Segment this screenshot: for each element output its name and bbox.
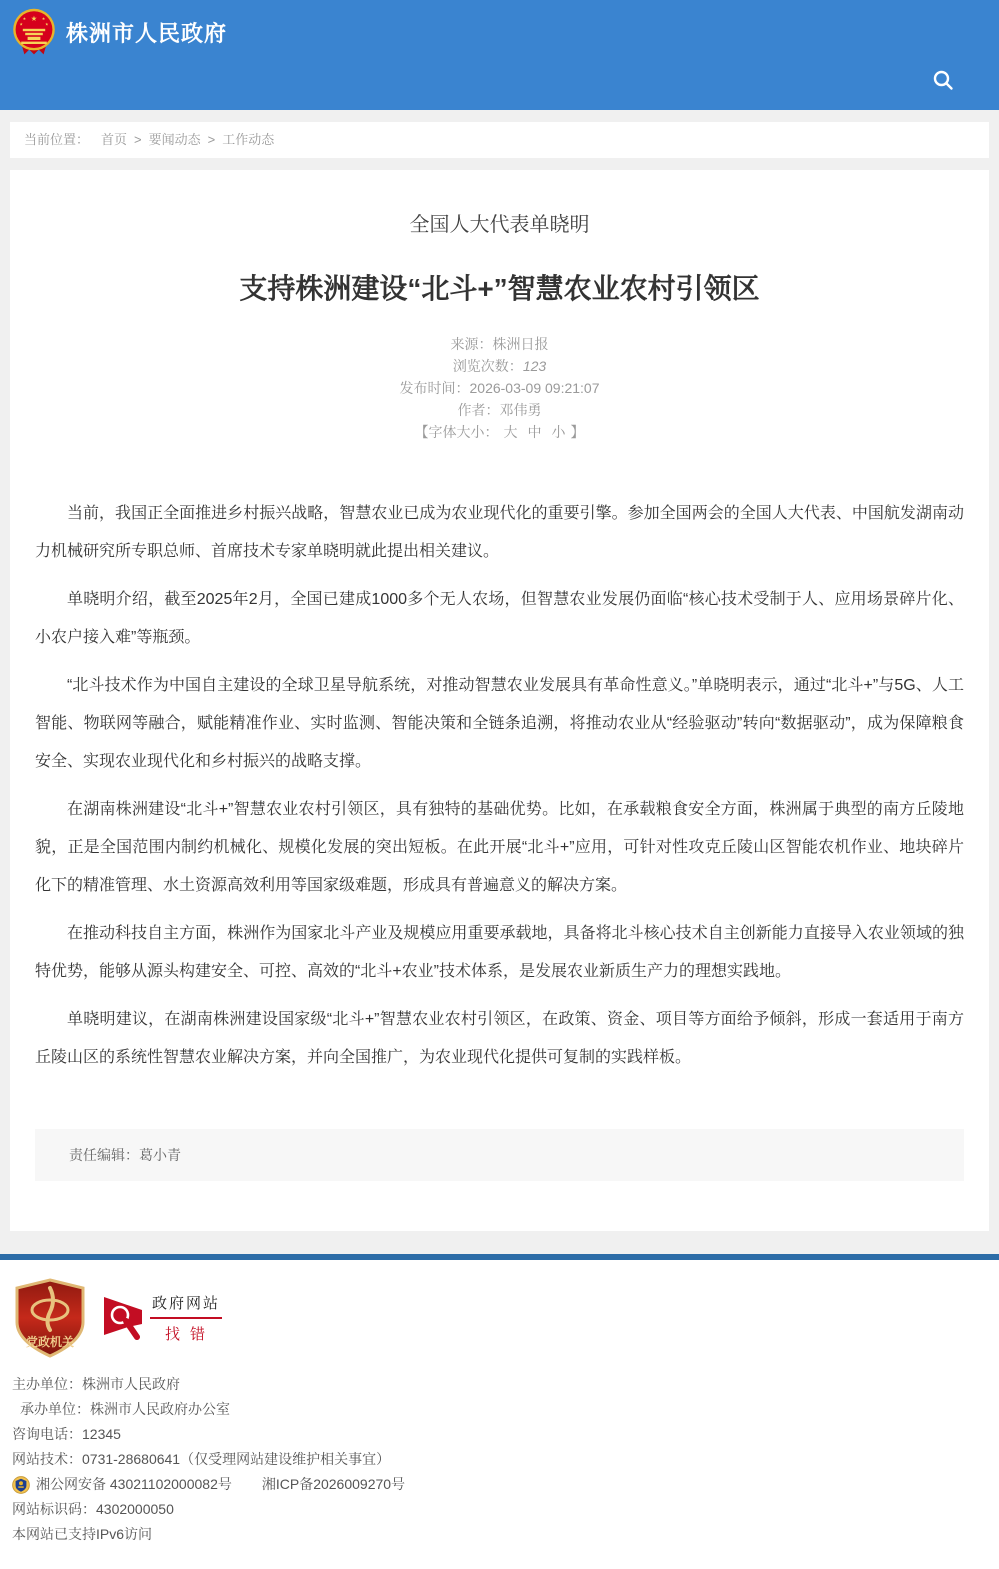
svg-text:★: ★ [31,14,37,23]
meta-author: 作者：邓伟勇 [35,399,964,421]
icp-record-link[interactable]: 湘ICP备2026009270号 [262,1472,405,1497]
fontsize-large-button[interactable]: 大 [504,424,518,440]
breadcrumb-separator: > [134,132,142,147]
search-icon[interactable] [931,68,955,97]
site-header: ★ ★ ★ ★ ★ 株洲市人民政府 [0,0,999,110]
footer-badges: 党政机关 政府网站 找错 [12,1276,985,1360]
site-title: 株洲市人民政府 [66,17,227,48]
meta-publish-time: 发布时间：2026-03-09 09:21:07 [35,377,964,399]
article-container: 全国人大代表单晓明 支持株洲建设“北斗+”智慧农业农村引领区 来源：株洲日报 浏… [10,170,989,1231]
article-title: 支持株洲建设“北斗+”智慧农业农村引领区 [35,267,964,307]
site-footer: 党政机关 政府网站 找错 主办单位：株洲市人民政府 承办单位：株洲市人民政府办公… [0,1260,999,1569]
editor-label: 责任编辑： [69,1147,139,1163]
breadcrumb-item-home[interactable]: 首页 [101,132,127,147]
footer-phone: 咨询电话：12345 [12,1422,985,1447]
article-body: 当前，我国正全面推进乡村振兴战略，智慧农业已成为农业现代化的重要引擎。参加全国两… [35,495,964,1077]
article-subtitle: 全国人大代表单晓明 [35,208,964,237]
article-paragraph: “北斗技术作为中国自主建设的全球卫星导航系统，对推动智慧农业发展具有革命性意义。… [35,667,964,781]
breadcrumb-separator: > [208,132,216,147]
site-logo[interactable]: ★ ★ ★ ★ ★ 株洲市人民政府 [0,0,999,56]
article-meta: 来源：株洲日报 浏览次数：123 发布时间：2026-03-09 09:21:0… [35,333,964,443]
editor-name: 葛小青 [139,1147,181,1163]
meta-fontsize: 【字体大小：大中小】 [35,421,964,443]
meta-source-value: 株洲日报 [493,336,549,352]
article-paragraph: 在推动科技自主方面，株洲作为国家北斗产业及规模应用重要承载地，具备将北斗核心技术… [35,915,964,991]
svg-text:★: ★ [19,22,23,27]
editor-box: 责任编辑：葛小青 [35,1129,964,1181]
svg-text:★: ★ [42,16,46,21]
footer-tech: 网站技术：0731-28680641（仅受理网站建设维护相关事宜） [12,1447,985,1472]
national-emblem-icon: ★ ★ ★ ★ ★ [10,8,58,56]
breadcrumb: 当前位置：首页>要闻动态>工作动态 [10,122,989,158]
meta-publish-value: 2026-03-09 09:21:07 [470,380,600,396]
footer-records: 湘公网安备 43021102000082号 湘ICP备2026009270号 [12,1472,985,1497]
party-government-badge-icon[interactable]: 党政机关 [12,1278,88,1358]
error-report-magnifier-icon [102,1293,146,1343]
error-report-title: 政府网站 [150,1292,222,1319]
breadcrumb-item-news[interactable]: 要闻动态 [149,132,201,147]
site-error-report-badge[interactable]: 政府网站 找错 [102,1292,222,1344]
meta-views-value: 123 [523,358,546,374]
article-paragraph: 单晓明建议，在湖南株洲建设国家级“北斗+”智慧农业农村引领区，在政策、资金、项目… [35,1001,964,1077]
svg-text:党政机关: 党政机关 [26,1334,74,1349]
svg-text:★: ★ [45,22,49,27]
breadcrumb-item-work[interactable]: 工作动态 [222,132,274,147]
svg-text:★: ★ [23,16,27,21]
article-paragraph: 当前，我国正全面推进乡村振兴战略，智慧农业已成为农业现代化的重要引擎。参加全国两… [35,495,964,571]
footer-site-code: 网站标识码：4302000050 [12,1497,985,1522]
article-paragraph: 在湖南株洲建设“北斗+”智慧农业农村引领区，具有独特的基础优势。比如，在承载粮食… [35,791,964,905]
meta-views: 浏览次数：123 [35,355,964,377]
meta-source: 来源：株洲日报 [35,333,964,355]
article-paragraph: 单晓明介绍，截至2025年2月，全国已建成1000多个无人农场，但智慧农业发展仍… [35,581,964,657]
footer-host-unit: 主办单位：株洲市人民政府 [12,1372,985,1397]
breadcrumb-label: 当前位置： [24,132,89,147]
police-badge-icon [12,1476,30,1494]
error-report-action: 找错 [150,1319,222,1344]
meta-author-value: 邓伟勇 [500,402,542,418]
footer-ipv6: 本网站已支持IPv6访问 [12,1522,985,1547]
security-record-link[interactable]: 湘公网安备 43021102000082号 [36,1472,232,1497]
footer-undertake-unit: 承办单位：株洲市人民政府办公室 [12,1397,985,1422]
fontsize-small-button[interactable]: 小 [552,424,566,440]
fontsize-medium-button[interactable]: 中 [528,424,542,440]
